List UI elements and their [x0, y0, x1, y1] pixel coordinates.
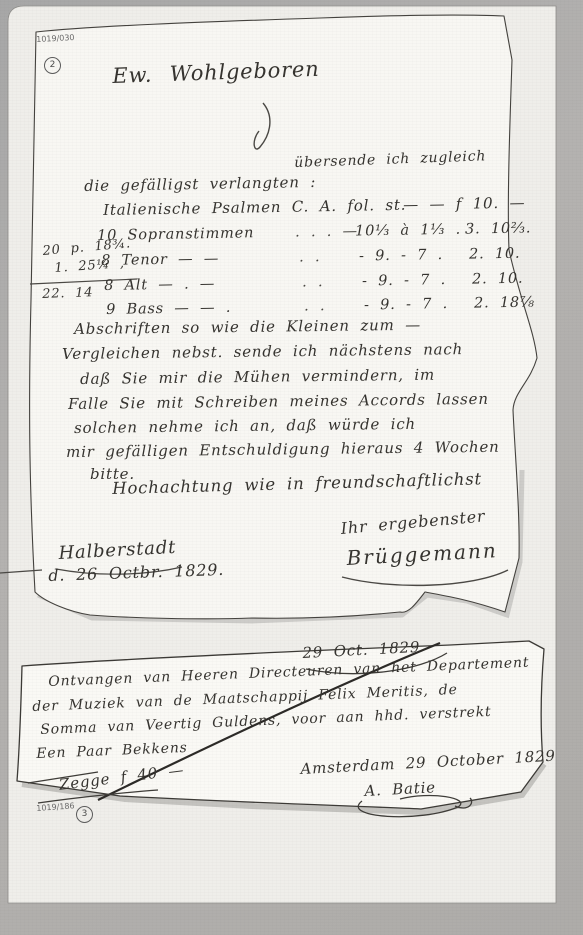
row-dots: . . — [299, 249, 321, 265]
row-rate: 10⅓ à 1⅓ . — [355, 222, 461, 240]
circled-number-2: 2 — [44, 57, 61, 74]
row-rate: - 9. - 7 . — [364, 296, 448, 313]
row-label: 9 Bass — — . — [106, 300, 231, 318]
row-amount: 3. 10⅔. — [465, 220, 531, 237]
archival-circle-bottom: 3 — [76, 801, 93, 823]
scanned-document-page: 1019/030 2 Ew. Wohlgeboren übersende ich… — [0, 0, 583, 935]
archival-circle-top: 2 — [44, 52, 61, 74]
row-dots: . . . — — [295, 223, 358, 240]
row-dots: . . — [302, 274, 324, 290]
row-amount: 2. 18⅞ — [474, 295, 535, 312]
circled-number-3: 3 — [76, 806, 93, 823]
row-dots: . . — [304, 298, 326, 314]
row-label: 8 Tenor — — — [101, 251, 219, 269]
row-amount: 2. 10. — [469, 246, 521, 263]
receipt-signature: A. Batie — [364, 778, 436, 800]
paper-shapes — [0, 0, 583, 935]
row-amount: 2. 10. — [472, 271, 524, 288]
row-rate: - 9. - 7 . — [359, 247, 443, 264]
margin-total: 22. 14 — [42, 285, 94, 302]
item-amount: — — f 10. — — [403, 194, 526, 214]
row-rate: - 9. - 7 . — [362, 272, 446, 289]
row-label: 8 Alt — . — — [104, 276, 215, 294]
row-label: 10 Sopranstimmen — [97, 225, 254, 244]
